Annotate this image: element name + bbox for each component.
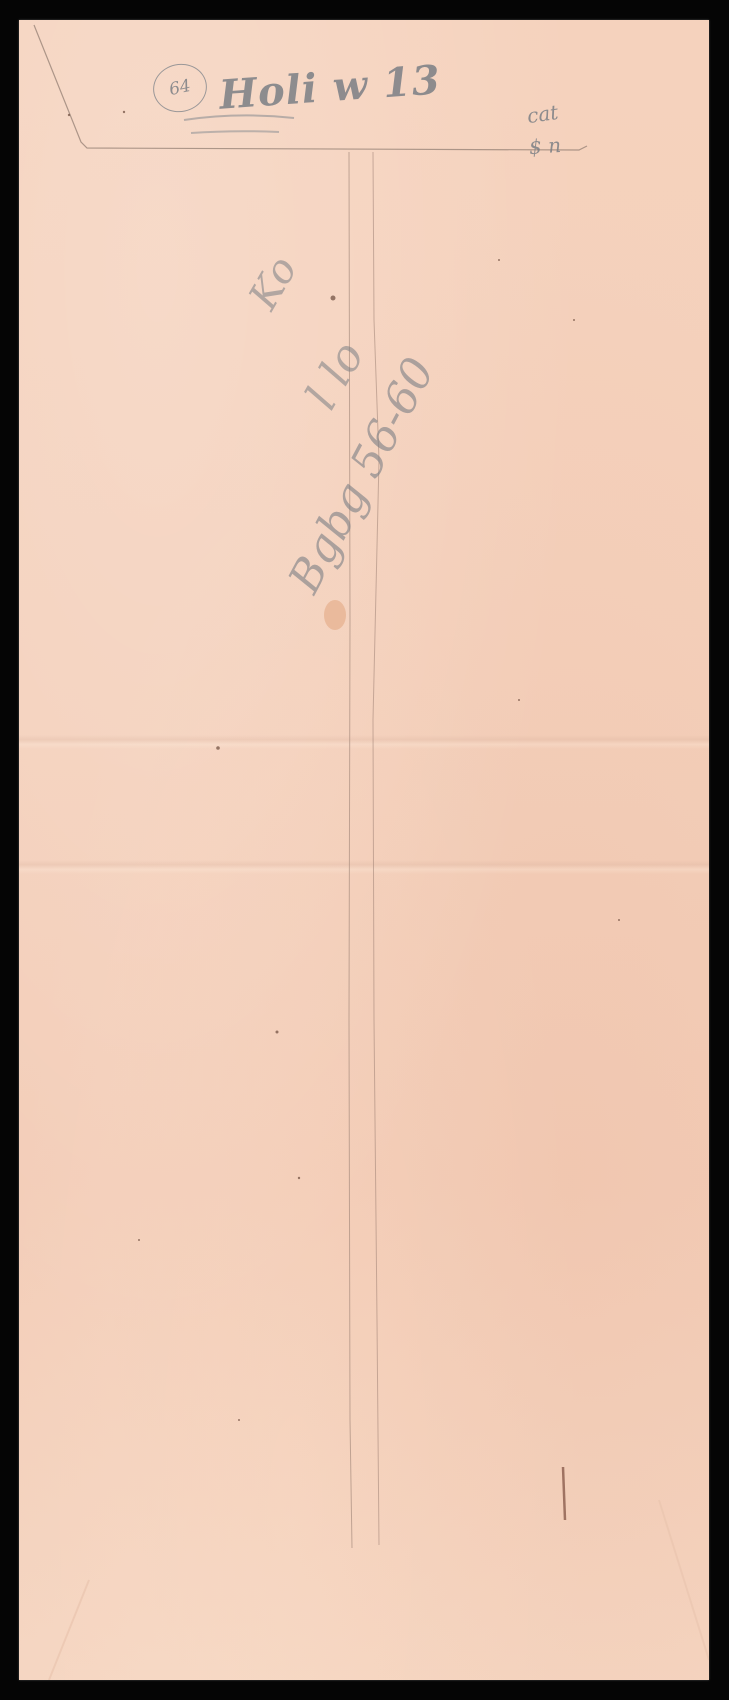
foxing-stain — [324, 600, 346, 630]
envelope-back: 64 Holi w 13 cat $ n Ko l lo Bgbg 56-60 — [19, 20, 709, 1680]
flap-and-fold-lines — [19, 20, 709, 1680]
corner-note-top: cat — [525, 100, 559, 128]
corner-note-bottom: $ n — [528, 133, 562, 159]
